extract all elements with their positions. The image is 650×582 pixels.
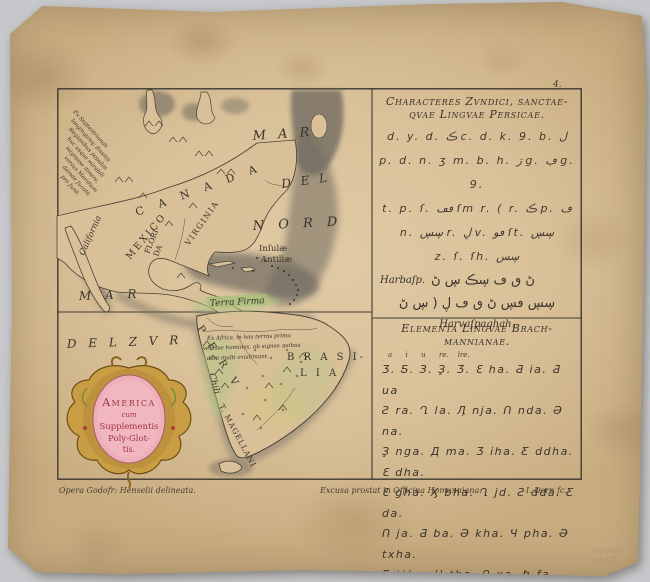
caption-published: Excusa prostat in Officina Homanniana. — [320, 486, 482, 495]
persic-script-line: n. ڛڛ r. ڸ v. ڡو ſt. ڛڛ — [372, 221, 582, 245]
cartouche-title-cum: cum — [121, 411, 136, 419]
brach-row: Ƹ ttha. Ц tha. Ո xa. Ʀ fa. — [372, 565, 582, 582]
pencil-collector-note: Homann 2=321 — [594, 546, 624, 565]
brachman-alphabet-panel: Elementa Lingvae Brach- mannianae. a i u… — [372, 318, 582, 480]
persic-title-line1: Characteres Zvndici, sanctae- — [372, 95, 582, 108]
persic-characters-panel: Characteres Zvndici, sanctae- qvae Lingv… — [372, 88, 582, 318]
harbasp-row: Harbaſp. ڻ ٯ ڡ ڛڪ ڛ ڻ — [372, 269, 582, 292]
cartouche-title-tis: tis. — [123, 445, 135, 454]
persic-script-lines: d. y. d. ڪ c. d. k. 9. b. ل p. d. n. ʒ m… — [372, 125, 582, 269]
persic-glyph-row2: ڛڛ ڡڛ ڻ ٯ ڡ ڸ ( ڛ ڻ — [372, 292, 582, 315]
caption-engraver: I. Dorn fc. — [526, 486, 567, 495]
persic-script-line: p. d. n. ʒ m. b. h. ڗ g. ڢ g. 9. — [372, 149, 582, 197]
engraved-plate: M A R D E L N O R D C A N A D A VIRGINIA… — [57, 88, 582, 480]
persic-script-line: z. ſ. ſh. ڛس — [372, 245, 582, 269]
label-insulae-1: Inſulæ — [259, 244, 287, 254]
brach-row: Ӡ. Ƽ. З. Ҙ. Ӡ. Ɛ ha. Ƌ ia. Ƌ ua — [372, 360, 582, 401]
label-brasilia-1: B R A S I- — [287, 352, 366, 363]
cartouche-top-curls — [112, 357, 146, 366]
handwritten-plate-number: 4. — [553, 80, 562, 90]
harbasp-label: Harbaſp. — [380, 269, 425, 292]
map-sheet: M A R D E L N O R D C A N A D A VIRGINIA… — [2, 0, 648, 578]
label-insulae-2: Antillæ — [260, 255, 292, 265]
persic-script-line: d. y. d. ڪ c. d. k. 9. b. ل — [372, 125, 582, 149]
brach-row: Ƨ ra. Ղ la. Ӆ nja. Ո nda. Ә na. — [372, 401, 582, 442]
photo-backdrop: M A R D E L N O R D C A N A D A VIRGINIA… — [0, 0, 650, 582]
brach-row: Ո ja. Ƌ ba. Ә kha. Ч pha. Ә txha. — [372, 524, 582, 565]
pencil-note-line1: Homann — [594, 546, 624, 556]
label-mar-zur-2: D E L Z V R — [66, 333, 183, 351]
brach-vowel-row: a i u re. lre. — [372, 350, 582, 360]
northwest-annotation: Ex Septentrionali longinquisq; dissitis … — [32, 109, 126, 205]
cartouche-berry-right — [171, 426, 175, 430]
brach-title-line1: Elementa Lingvae Brach- — [372, 322, 582, 335]
persic-script-line: t. p. ſ. ڡڡ ſm r. ( r. ڪ p. ڡ — [372, 197, 582, 221]
brach-row: Ҙ nga. Д ma. Ӡ iha. Ƹ ddha. Ɛ dha. — [372, 442, 582, 483]
cartouche-title-america: America — [101, 396, 156, 409]
brach-panel-title: Elementa Lingvae Brach- mannianae. — [372, 322, 582, 348]
cartouche-title-polyglot: Poly-Glot- — [108, 434, 150, 444]
cartouche-title-supplementis: Supplementis — [100, 422, 159, 432]
caption-drawn-by: Opera Godofr: Henselii delineata. — [59, 486, 196, 495]
cartouche-berry-left — [83, 426, 87, 430]
title-cartouche: America cum Supplementis Poly-Glot- tis. — [67, 357, 191, 488]
label-brasilia-2: L I A — [300, 368, 339, 379]
pencil-note-line2: 2=321 — [594, 555, 624, 565]
harbasp-glyphs: ڻ ٯ ڡ ڛڪ ڛ ڻ — [431, 269, 535, 292]
persic-title-line2: qvae Lingvae Persicae. — [372, 108, 582, 121]
brach-title-line2: mannianae. — [372, 335, 582, 348]
label-mar-zur-1: M A R — [78, 287, 142, 303]
persic-panel-title: Characteres Zvndici, sanctae- qvae Lingv… — [372, 95, 582, 121]
